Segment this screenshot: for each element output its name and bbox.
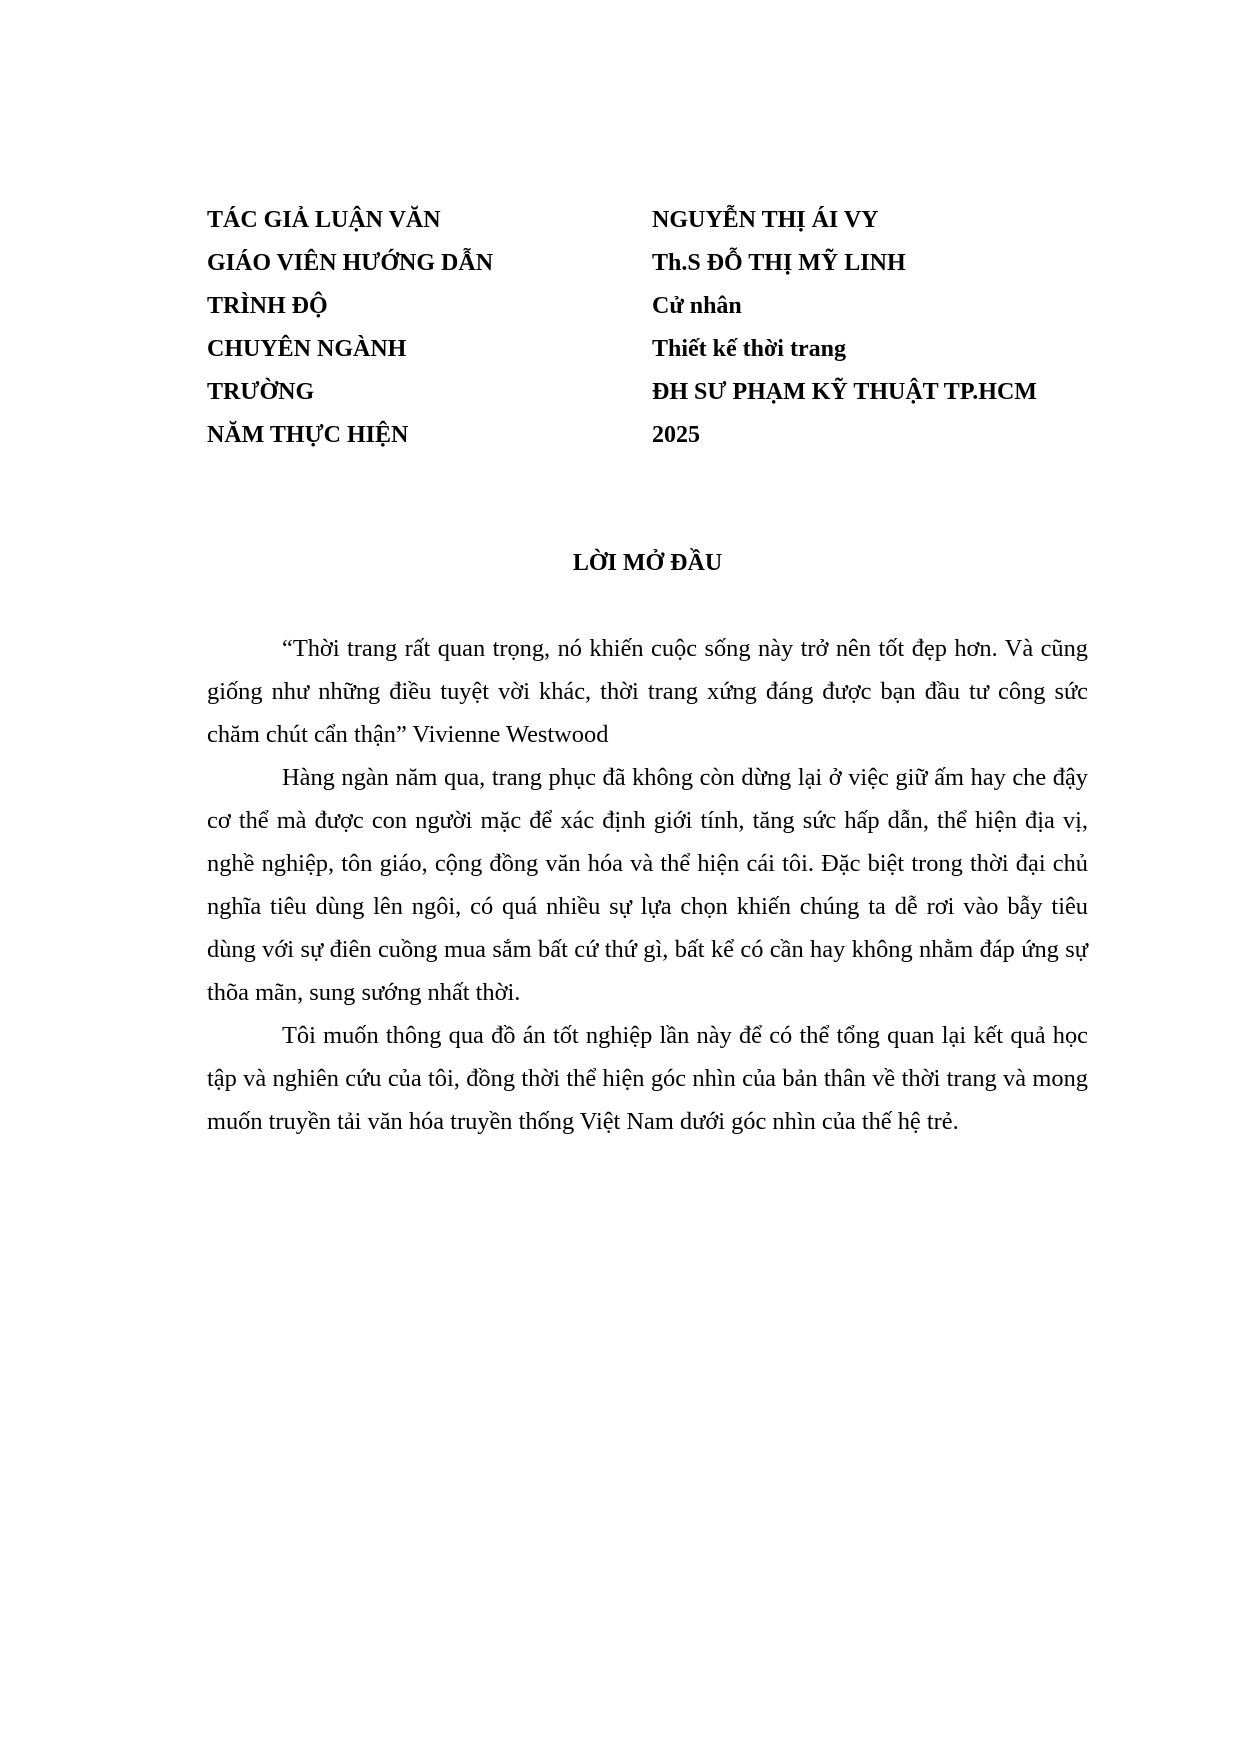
info-label: NĂM THỰC HIỆN <box>207 414 652 457</box>
info-row-author: TÁC GIẢ LUẬN VĂN NGUYỄN THỊ ÁI VY <box>207 199 1107 242</box>
paragraph-history: Hàng ngàn năm qua, trang phục đã không c… <box>207 756 1088 1014</box>
info-value: 2025 <box>652 414 1107 457</box>
info-value: Cử nhân <box>652 285 1107 328</box>
info-value: Th.S ĐỖ THỊ MỸ LINH <box>652 242 1107 285</box>
info-label: TÁC GIẢ LUẬN VĂN <box>207 199 652 242</box>
info-value: NGUYỄN THỊ ÁI VY <box>652 199 1107 242</box>
info-value: Thiết kế thời trang <box>652 328 1107 371</box>
info-label: TRÌNH ĐỘ <box>207 285 652 328</box>
thesis-info-block: TÁC GIẢ LUẬN VĂN NGUYỄN THỊ ÁI VY GIÁO V… <box>207 199 1107 457</box>
document-page: TÁC GIẢ LUẬN VĂN NGUYỄN THỊ ÁI VY GIÁO V… <box>0 0 1240 1754</box>
info-value: ĐH SƯ PHẠM KỸ THUẬT TP.HCM <box>652 371 1107 414</box>
preface-body: “Thời trang rất quan trọng, nó khiến cuộ… <box>207 627 1088 1143</box>
info-label: TRƯỜNG <box>207 371 652 414</box>
paragraph-quote: “Thời trang rất quan trọng, nó khiến cuộ… <box>207 627 1088 756</box>
info-row-major: CHUYÊN NGÀNH Thiết kế thời trang <box>207 328 1107 371</box>
section-title: LỜI MỞ ĐẦU <box>207 542 1088 585</box>
paragraph-purpose: Tôi muốn thông qua đồ án tốt nghiệp lần … <box>207 1014 1088 1143</box>
info-row-university: TRƯỜNG ĐH SƯ PHẠM KỸ THUẬT TP.HCM <box>207 371 1107 414</box>
info-row-degree-level: TRÌNH ĐỘ Cử nhân <box>207 285 1107 328</box>
info-row-year: NĂM THỰC HIỆN 2025 <box>207 414 1107 457</box>
info-label: CHUYÊN NGÀNH <box>207 328 652 371</box>
info-label: GIÁO VIÊN HƯỚNG DẪN <box>207 242 652 285</box>
info-row-supervisor: GIÁO VIÊN HƯỚNG DẪN Th.S ĐỖ THỊ MỸ LINH <box>207 242 1107 285</box>
